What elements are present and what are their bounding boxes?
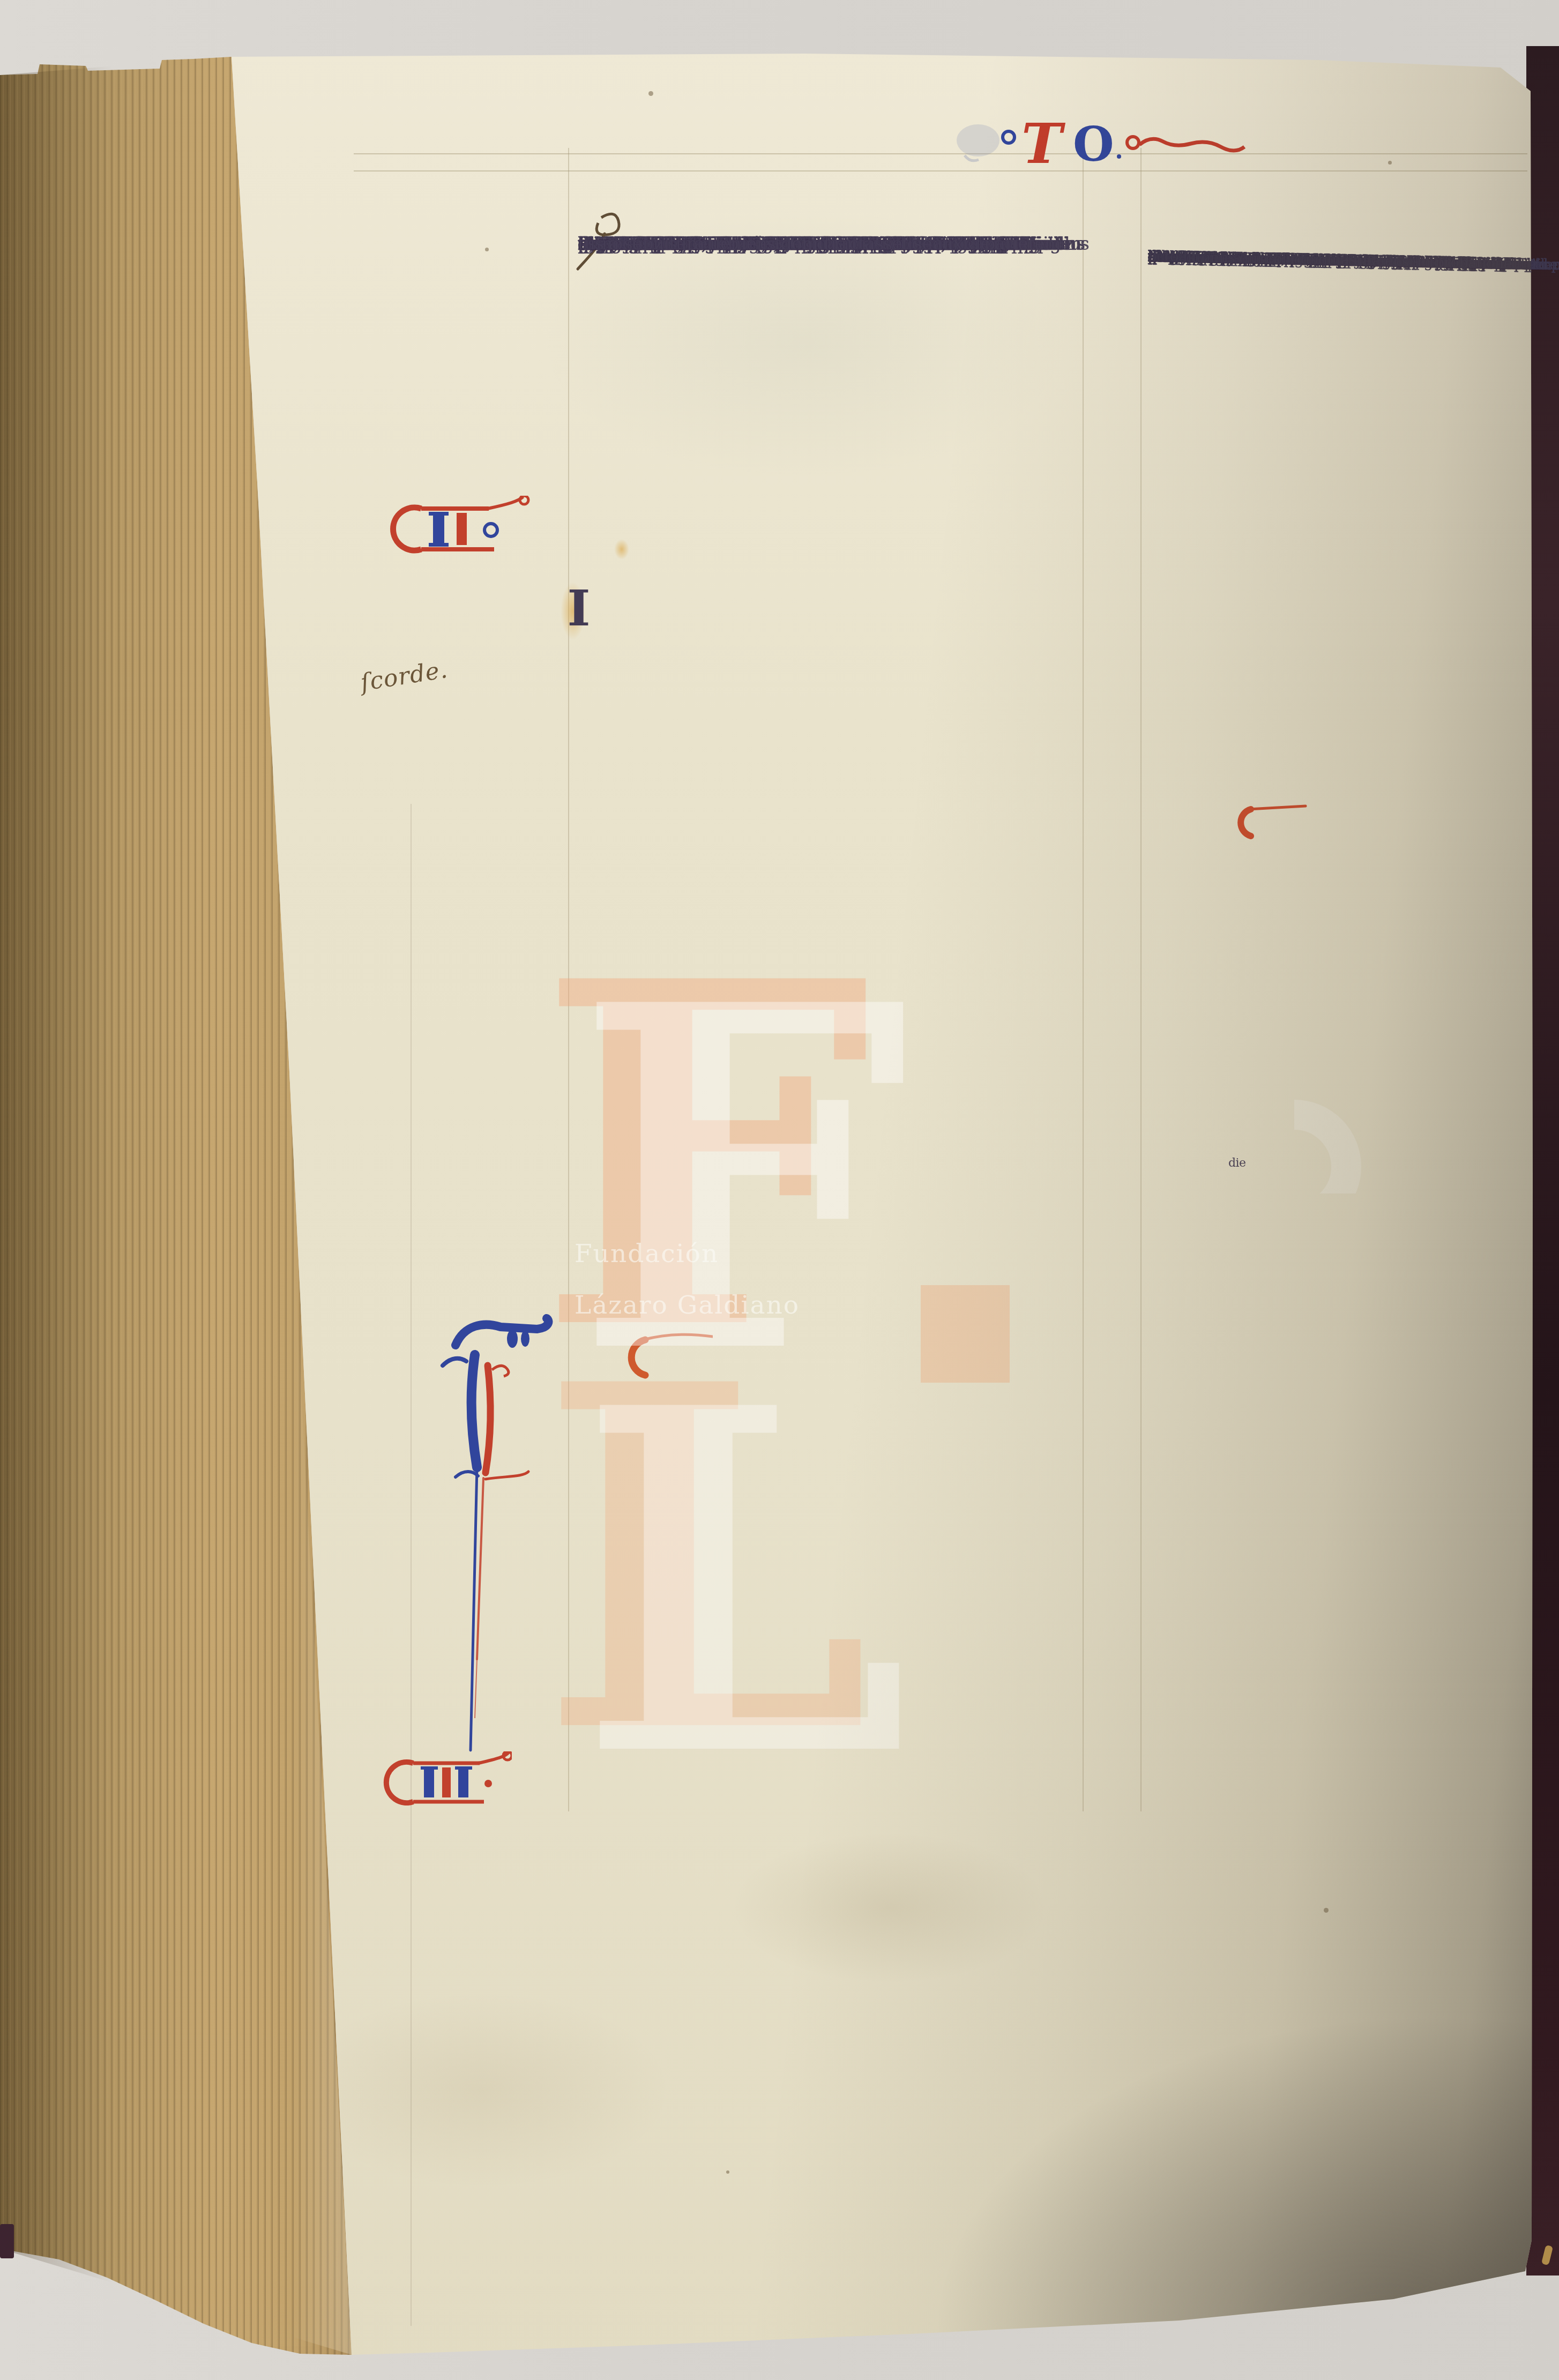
text-line: tus a sepultura ueniens domu iactasset s…: [578, 229, 1061, 258]
ruling-line: [354, 153, 1527, 154]
interlinear-correction: die: [1228, 1157, 1246, 1170]
chapter-mark-ii: [375, 496, 531, 563]
manuscript-photo: T O: [0, 0, 1559, 2380]
ruling-line: [1083, 148, 1084, 1811]
parchment-speck: [648, 91, 653, 96]
parchment-speck: [1324, 1908, 1329, 1913]
pen-flourish-descender: [432, 1305, 555, 1766]
ochre-wash: [614, 539, 629, 559]
title-letter-O: O: [1073, 116, 1114, 172]
ruling-line: [1140, 148, 1142, 1811]
parchment-speck: [726, 2170, 729, 2174]
binding-corner-left: [0, 2224, 14, 2258]
rubric-crescent-posth: [622, 1332, 713, 1381]
parchment-speck: [1388, 161, 1392, 165]
ruling-line: [354, 170, 1527, 171]
pilcrow-tobias: [1230, 804, 1311, 841]
chapter-initial-I: I: [563, 579, 595, 643]
running-title: T O: [949, 102, 1249, 177]
parchment-crease: [411, 804, 412, 2326]
ruling-line: [568, 148, 569, 1811]
title-letter-T: T: [1021, 112, 1066, 176]
parchment-speck: [485, 248, 489, 251]
